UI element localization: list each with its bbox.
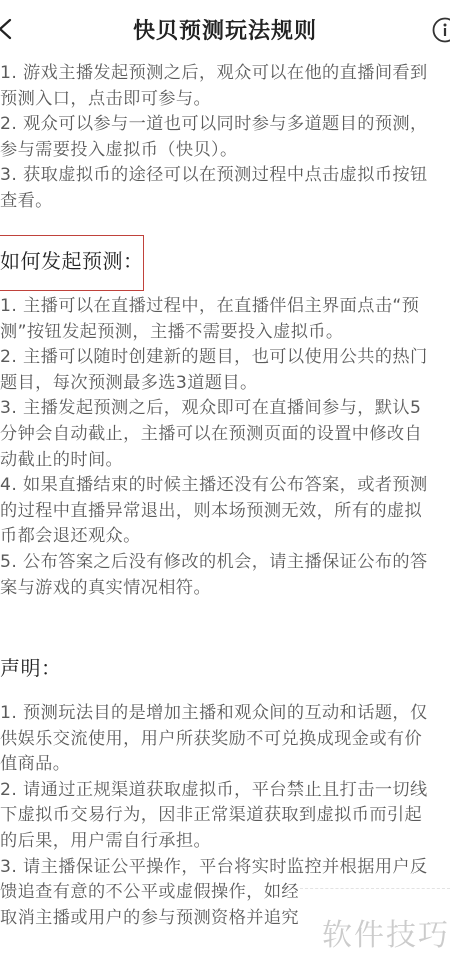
statement-list: 1. 预测玩法目的是增加主播和观众间的互动和话题，仅 供娱乐交流使用，用户所获奖… (0, 701, 428, 931)
rule-line: 2. 主播可以随时创建新的题目，也可以使用公共的热门 (0, 345, 428, 371)
rule-line: 参与需要投入虚拟币（快贝）。 (0, 138, 428, 164)
rule-line: 动截止的时间。 (0, 448, 428, 474)
rule-line: 3. 获取虚拟币的途径可以在预测过程中点击虚拟币按钮 (0, 163, 428, 189)
section-heading-statement: 声明： (0, 652, 62, 681)
rule-line: 的过程中直播异常退出，则本场预测无效，所有的虚拟 (0, 499, 428, 525)
rule-line: 1. 主播可以在直播过程中，在直播伴侣主界面点击“预 (0, 294, 428, 320)
rule-line: 下虚拟币交易行为，因非正常渠道获取到虚拟币而引起 (0, 803, 428, 829)
page-title: 快贝预测玩法规则 (0, 14, 450, 45)
start-prediction-list: 1. 主播可以在直播过程中，在直播伴侣主界面点击“预 测”按钮发起预测，主播不需… (0, 294, 428, 601)
divider (300, 888, 450, 889)
watermark: 软件技巧 (322, 910, 450, 954)
rule-line: 查看。 (0, 189, 428, 215)
rule-line: 分钟会自动截止，主播可以在预测页面的设置中修改自 (0, 422, 428, 448)
section-heading-start-prediction: 如何发起预测： (0, 245, 144, 274)
rule-line: 预测入口，点击即可参与。 (0, 87, 428, 113)
rule-line: 2. 请通过正规渠道获取虚拟币，平台禁止且打击一切线 (0, 778, 428, 804)
rule-line: 3. 主播发起预测之后，观众即可在直播间参与，默认5 (0, 396, 428, 422)
rule-line: 1. 预测玩法目的是增加主播和观众间的互动和话题，仅 (0, 701, 428, 727)
rule-line: 5. 公布答案之后没有修改的机会，请主播保证公布的答 (0, 550, 428, 576)
rule-line: 2. 观众可以参与一道也可以同时参与多道题目的预测， (0, 112, 428, 138)
rule-line: 馈追查有意的不公平或虚假操作，如经 (0, 880, 428, 906)
intro-list: 1. 游戏主播发起预测之后，观众可以在他的直播间看到 预测入口，点击即可参与。 … (0, 61, 428, 215)
rule-line: 题目，每次预测最多选3道题目。 (0, 371, 428, 397)
rule-line: 3. 请主播保证公平操作，平台将实时监控并根据用户反 (0, 855, 428, 881)
rule-line: 4. 如果直播结束的时候主播还没有公布答案，或者预测 (0, 473, 428, 499)
rule-line: 案与游戏的真实情况相符。 (0, 576, 428, 602)
info-circle-icon[interactable] (432, 17, 450, 43)
rule-line: 1. 游戏主播发起预测之后，观众可以在他的直播间看到 (0, 61, 428, 87)
rule-line: 供娱乐交流使用，用户所获奖励不可兑换成现金或有价 (0, 727, 428, 753)
rule-line: 测”按钮发起预测，主播不需要投入虚拟币。 (0, 320, 428, 346)
rule-line: 币都会退还观众。 (0, 524, 428, 550)
rule-line: 的后果，用户需自行承担。 (0, 829, 428, 855)
rule-line: 值商品。 (0, 752, 428, 778)
top-nav-bar: 快贝预测玩法规则 (0, 0, 450, 60)
